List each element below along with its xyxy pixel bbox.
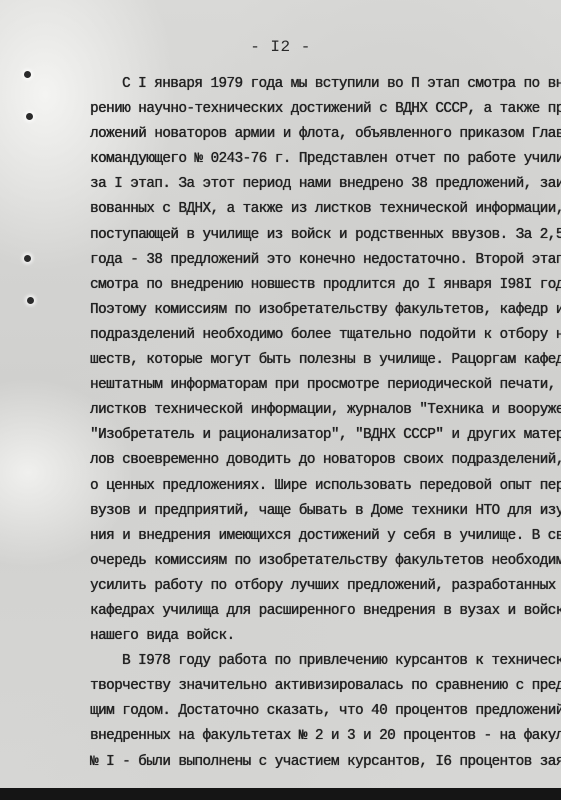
text-line: командующего № 0243-76 г. Представлен от… [90, 147, 561, 172]
document-body: С I января 1979 года мы вступили во П эт… [90, 72, 561, 775]
text-line: творчеству значительно активизировалась … [90, 674, 561, 699]
punch-hole-mark [24, 71, 31, 78]
text-line: Поэтому комиссиям по изобретательству фа… [90, 298, 561, 323]
text-line: ния и внедрения имеющихся достижений у с… [90, 524, 561, 549]
page-number: - I2 - [0, 38, 561, 56]
text-line: усилить работу по отбору лучших предложе… [90, 574, 561, 599]
text-line: вузов и предприятий, чаще бывать в Доме … [90, 499, 561, 524]
text-line: года - 38 предложений это конечно недост… [90, 248, 561, 273]
text-line: шеств, которые могут быть полезны в учил… [90, 348, 561, 373]
text-line: за I этап. За этот период нами внедрено … [90, 172, 561, 197]
text-line: лов своевременно доводить до новаторов с… [90, 448, 561, 473]
text-line: нашего вида войск. [90, 624, 561, 649]
paragraph-first-line: С I января 1979 года мы вступили во П эт… [90, 72, 561, 97]
punch-hole-mark [26, 113, 33, 120]
paragraph-first-line: В I978 году работа по привлечению курсан… [90, 649, 561, 674]
text-line: нештатным информаторам при просмотре пер… [90, 373, 561, 398]
text-line: поступающей в училище из войск и родстве… [90, 223, 561, 248]
text-line: очередь комиссиям по изобретательству фа… [90, 549, 561, 574]
text-line: № I - были выполнены с участием курсанто… [90, 750, 561, 775]
text-line: смотра по внедрению новшеств продлится д… [90, 273, 561, 298]
text-line: вованных с ВДНХ, а также из листков техн… [90, 197, 561, 222]
punch-hole-mark [24, 255, 31, 262]
scan-border [0, 788, 561, 800]
text-line: рению научно-технических достижений с ВД… [90, 97, 561, 122]
text-line: "Изобретатель и рационализатор", "ВДНХ С… [90, 423, 561, 448]
text-line: о ценных предложениях. Шире использовать… [90, 474, 561, 499]
text-line: щим годом. Достаточно сказать, что 40 пр… [90, 699, 561, 724]
punch-hole-mark [27, 297, 34, 304]
text-line: листков технической информации, журналов… [90, 398, 561, 423]
text-line: кафедрах училища для расширенного внедре… [90, 599, 561, 624]
text-line: внедренных на факультетах № 2 и 3 и 20 п… [90, 724, 561, 749]
document-page: - I2 - С I января 1979 года мы вступили … [0, 0, 561, 788]
text-line: подразделений необходимо более тщательно… [90, 323, 561, 348]
text-line: ложений новаторов армии и флота, объявле… [90, 122, 561, 147]
